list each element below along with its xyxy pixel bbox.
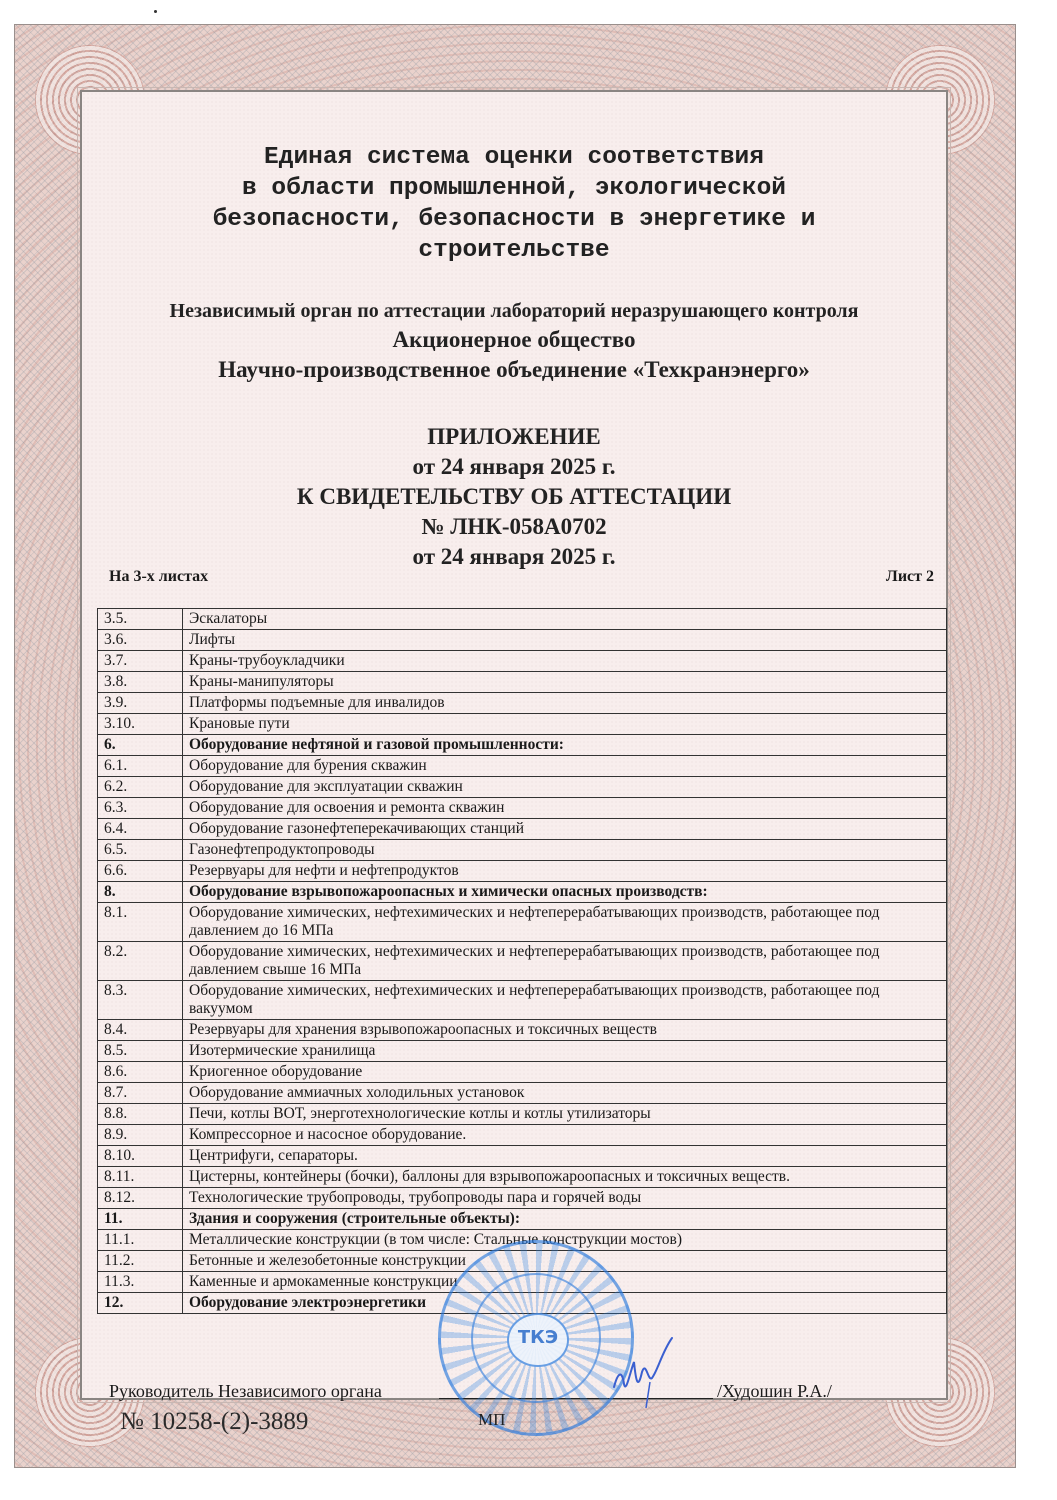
item-description: Резервуары для хранения взрывопожароопас… (183, 1020, 947, 1041)
item-number: 8.8. (98, 1104, 183, 1125)
annex-date: от 24 января 2025 г. (82, 452, 946, 482)
table-row: 8.1.Оборудование химических, нефтехимиче… (98, 903, 947, 942)
table-row: 8.9.Компрессорное и насосное оборудовани… (98, 1125, 947, 1146)
system-title-line: строительстве (82, 235, 946, 266)
item-number: 6.5. (98, 840, 183, 861)
item-description: Оборудование нефтяной и газовой промышле… (183, 735, 947, 756)
table-row: 8.2.Оборудование химических, нефтехимиче… (98, 942, 947, 981)
table-section-row: 8.Оборудование взрывопожароопасных и хим… (98, 882, 947, 903)
item-description: Оборудование аммиачных холодильных устан… (183, 1083, 947, 1104)
item-number: 6.6. (98, 861, 183, 882)
item-number: 8.9. (98, 1125, 183, 1146)
table-row: 6.5.Газонефтепродуктопроводы (98, 840, 947, 861)
system-title-line: Единая система оценки соответствия (82, 142, 946, 173)
system-title: Единая система оценки соответствия в обл… (82, 142, 946, 266)
system-title-line: в области промышленной, экологической (82, 173, 946, 204)
table-row: 3.8.Краны-манипуляторы (98, 672, 947, 693)
item-description: Краны-манипуляторы (183, 672, 947, 693)
item-description: Оборудование для освоения и ремонта сква… (183, 798, 947, 819)
item-description: Оборудование для эксплуатации скважин (183, 777, 947, 798)
table-row: 8.6.Криогенное оборудование (98, 1062, 947, 1083)
form-registration-number: № 10258-(2)-3889 (120, 1408, 308, 1436)
item-number: 8.11. (98, 1167, 183, 1188)
table-row: 3.10.Крановые пути (98, 714, 947, 735)
item-number: 6.3. (98, 798, 183, 819)
table-row: 6.1.Оборудование для бурения скважин (98, 756, 947, 777)
item-number: 3.7. (98, 651, 183, 672)
item-number: 8. (98, 882, 183, 903)
item-number: 11.2. (98, 1251, 183, 1272)
attestation-scope-table: 3.5.Эскалаторы3.6.Лифты3.7.Краны-трубоук… (97, 608, 947, 1314)
item-number: 6.4. (98, 819, 183, 840)
item-number: 3.8. (98, 672, 183, 693)
table-row: 6.6.Резервуары для нефти и нефтепродукто… (98, 861, 947, 882)
item-number: 8.12. (98, 1188, 183, 1209)
item-description: Оборудование для бурения скважин (183, 756, 947, 777)
organization-block: Независимый орган по аттестации лаборато… (82, 298, 946, 385)
seal-logo-icon: ТКЭ (507, 1313, 569, 1367)
table-row: 8.12.Технологические трубопроводы, трубо… (98, 1188, 947, 1209)
item-description: Газонефтепродуктопроводы (183, 840, 947, 861)
table-row: 8.3.Оборудование химических, нефтехимиче… (98, 981, 947, 1020)
table-row: 6.3.Оборудование для освоения и ремонта … (98, 798, 947, 819)
item-number: 8.6. (98, 1062, 183, 1083)
item-number: 6. (98, 735, 183, 756)
sheet-number: Лист 2 (886, 568, 934, 586)
item-number: 6.2. (98, 777, 183, 798)
item-number: 3.10. (98, 714, 183, 735)
item-description: Здания и сооружения (строительные объект… (183, 1209, 947, 1230)
table-row: 3.7.Краны-трубоукладчики (98, 651, 947, 672)
item-description: Технологические трубопроводы, трубопрово… (183, 1188, 947, 1209)
table-row: 8.10.Центрифуги, сепараторы. (98, 1146, 947, 1167)
table-row: 8.11.Цистерны, контейнеры (бочки), балло… (98, 1167, 947, 1188)
handwritten-signature (606, 1332, 686, 1412)
item-description: Резервуары для нефти и нефтепродуктов (183, 861, 947, 882)
certificate-number: № ЛНК-058А0702 (82, 512, 946, 542)
organization-name: Научно-производственное объединение «Тех… (82, 355, 946, 385)
item-description: Платформы подъемные для инвалидов (183, 693, 947, 714)
table-row: 8.7.Оборудование аммиачных холодильных у… (98, 1083, 947, 1104)
annex-to-certificate: К СВИДЕТЕЛЬСТВУ ОБ АТТЕСТАЦИИ (82, 482, 946, 512)
item-number: 3.9. (98, 693, 183, 714)
table-row: 8.5.Изотермические хранилища (98, 1041, 947, 1062)
system-title-line: безопасности, безопасности в энергетике … (82, 204, 946, 235)
item-description: Эскалаторы (183, 609, 947, 630)
item-number: 11.1. (98, 1230, 183, 1251)
item-number: 12. (98, 1293, 183, 1314)
table-section-row: 11.Здания и сооружения (строительные объ… (98, 1209, 947, 1230)
certificate-date: от 24 января 2025 г. (82, 542, 946, 572)
item-description: Оборудование химических, нефтехимических… (183, 981, 947, 1020)
organization-body: Независимый орган по аттестации лаборато… (82, 298, 946, 325)
table-row: 3.6.Лифты (98, 630, 947, 651)
item-description: Оборудование химических, нефтехимических… (183, 903, 947, 942)
item-description: Центрифуги, сепараторы. (183, 1146, 947, 1167)
table-section-row: 6.Оборудование нефтяной и газовой промыш… (98, 735, 947, 756)
item-description: Оборудование газонефтеперекачивающих ста… (183, 819, 947, 840)
item-number: 6.1. (98, 756, 183, 777)
item-description: Краны-трубоукладчики (183, 651, 947, 672)
item-description: Лифты (183, 630, 947, 651)
item-number: 3.5. (98, 609, 183, 630)
document-body: Единая система оценки соответствия в обл… (80, 90, 948, 1400)
item-number: 8.7. (98, 1083, 183, 1104)
table-row: 3.5.Эскалаторы (98, 609, 947, 630)
item-description: Цистерны, контейнеры (бочки), баллоны дл… (183, 1167, 947, 1188)
item-description: Изотермические хранилища (183, 1041, 947, 1062)
organization-form: Акционерное общество (82, 325, 946, 355)
item-number: 11.3. (98, 1272, 183, 1293)
item-number: 8.4. (98, 1020, 183, 1041)
item-number: 3.6. (98, 630, 183, 651)
item-number: 8.2. (98, 942, 183, 981)
table-row: 8.8.Печи, котлы ВОТ, энерготехнологическ… (98, 1104, 947, 1125)
total-sheets: На 3-х листах (109, 568, 208, 586)
scan-speck (154, 10, 157, 13)
table-row: 6.2.Оборудование для эксплуатации скважи… (98, 777, 947, 798)
item-description: Крановые пути (183, 714, 947, 735)
annex-title: ПРИЛОЖЕНИЕ (82, 422, 946, 452)
seal-place-label: МП (478, 1410, 505, 1430)
table-row: 8.4.Резервуары для хранения взрывопожаро… (98, 1020, 947, 1041)
item-number: 8.3. (98, 981, 183, 1020)
signatory-role: Руководитель Независимого органа (109, 1380, 382, 1402)
item-number: 8.5. (98, 1041, 183, 1062)
item-number: 8.10. (98, 1146, 183, 1167)
item-description: Криогенное оборудование (183, 1062, 947, 1083)
signatory-name: /Худошин Р.А./ (717, 1380, 832, 1402)
item-description: Оборудование взрывопожароопасных и химич… (183, 882, 947, 903)
item-number: 8.1. (98, 903, 183, 942)
table-row: 6.4.Оборудование газонефтеперекачивающих… (98, 819, 947, 840)
item-description: Печи, котлы ВОТ, энерготехнологические к… (183, 1104, 947, 1125)
table-row: 3.9.Платформы подъемные для инвалидов (98, 693, 947, 714)
annex-heading: ПРИЛОЖЕНИЕ от 24 января 2025 г. К СВИДЕТ… (82, 422, 946, 572)
item-number: 11. (98, 1209, 183, 1230)
item-description: Компрессорное и насосное оборудование. (183, 1125, 947, 1146)
official-seal-stamp: ТКЭ (438, 1240, 634, 1436)
item-description: Оборудование химических, нефтехимических… (183, 942, 947, 981)
